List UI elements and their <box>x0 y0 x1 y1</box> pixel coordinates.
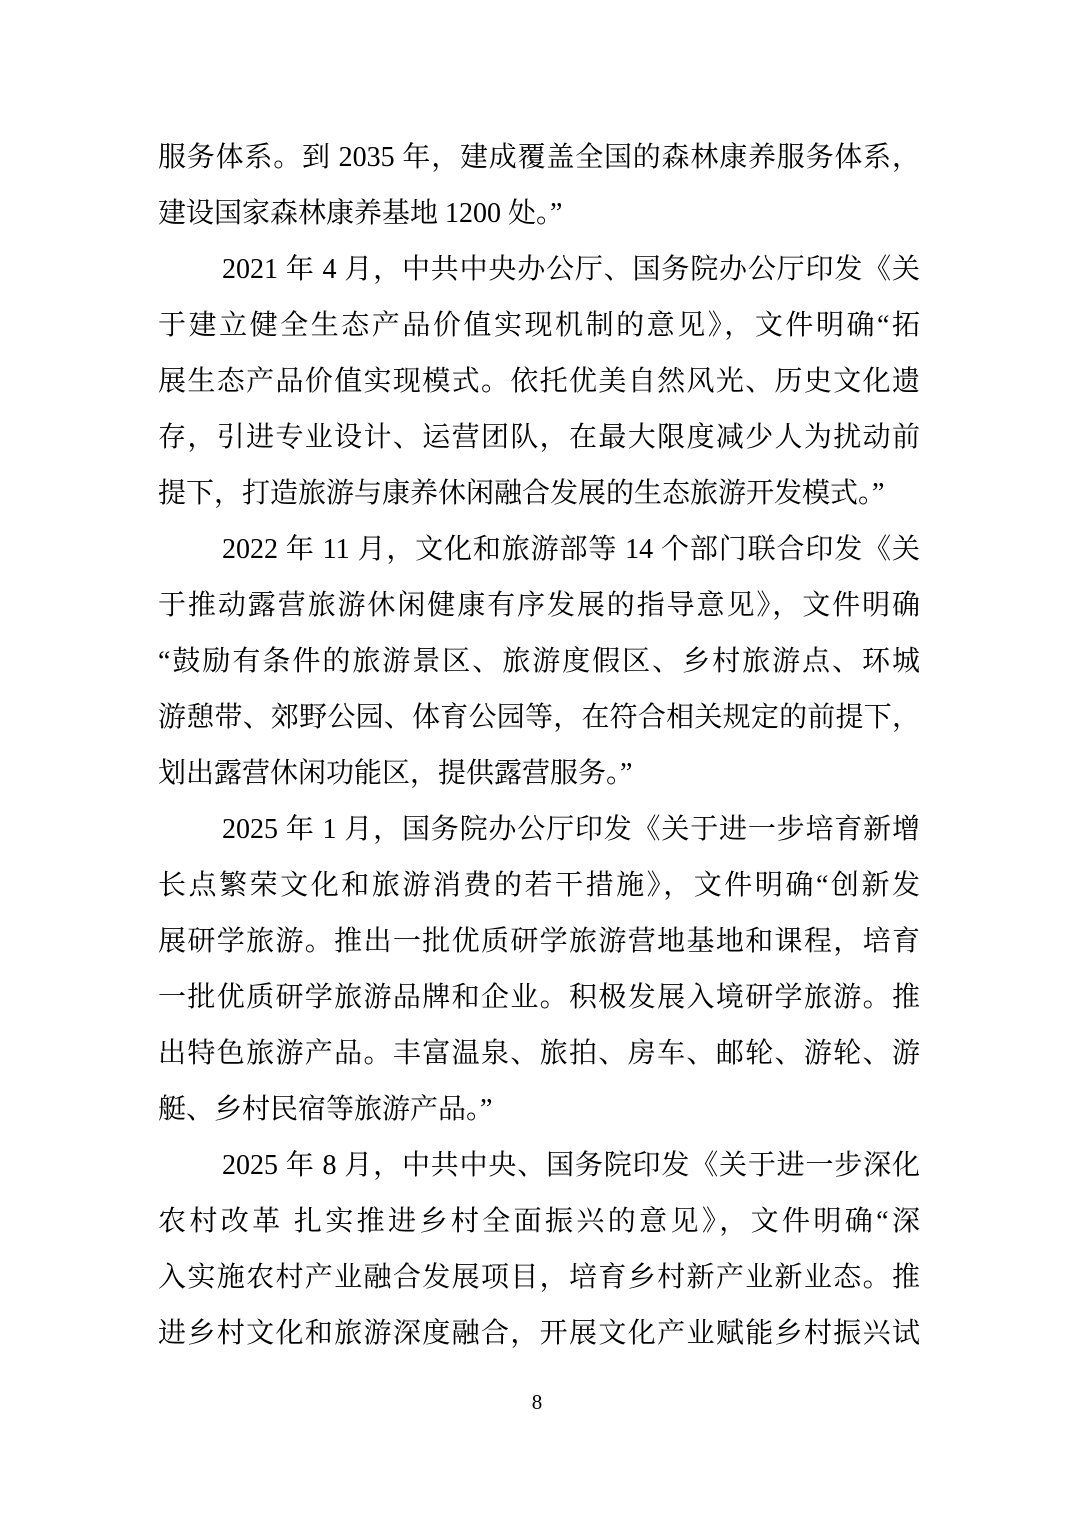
document-line: 2021 年 4 月，中共中央办公厅、国务院办公厅印发《关 <box>158 242 920 298</box>
document-line: 游憩带、郊野公园、体育公园等，在符合相关规定的前提下， <box>158 690 920 746</box>
document-line: 出特色旅游产品。丰富温泉、旅拍、房车、邮轮、游轮、游 <box>158 1026 920 1082</box>
document-line: 进乡村文化和旅游深度融合，开展文化产业赋能乡村振兴试 <box>158 1306 920 1362</box>
document-line: 于推动露营旅游休闲健康有序发展的指导意见》，文件明确 <box>158 578 920 634</box>
document-line: 于建立健全生态产品价值实现机制的意见》，文件明确“拓 <box>158 298 920 354</box>
document-line: 建设国家森林康养基地 1200 处。” <box>158 186 920 242</box>
document-line: 长点繁荣文化和旅游消费的若干措施》，文件明确“创新发 <box>158 858 920 914</box>
document-line: 展研学旅游。推出一批优质研学旅游营地基地和课程，培育 <box>158 914 920 970</box>
document-line: “鼓励有条件的旅游景区、旅游度假区、乡村旅游点、环城 <box>158 634 920 690</box>
document-line: 2025 年 1 月，国务院办公厅印发《关于进一步培育新增 <box>158 802 920 858</box>
document-line: 服务体系。到 2035 年，建成覆盖全国的森林康养服务体系， <box>158 130 920 186</box>
document-line: 2025 年 8 月，中共中央、国务院印发《关于进一步深化 <box>158 1138 920 1194</box>
document-line: 展生态产品价值实现模式。依托优美自然风光、历史文化遗 <box>158 354 920 410</box>
document-line: 一批优质研学旅游品牌和企业。积极发展入境研学旅游。推 <box>158 970 920 1026</box>
document-line: 划出露营休闲功能区，提供露营服务。” <box>158 746 920 802</box>
document-line: 农村改革 扎实推进乡村全面振兴的意见》，文件明确“深 <box>158 1194 920 1250</box>
document-line: 提下，打造旅游与康养休闲融合发展的生态旅游开发模式。” <box>158 466 920 522</box>
document-line: 艇、乡村民宿等旅游产品。” <box>158 1082 920 1138</box>
document-line: 2022 年 11 月，文化和旅游部等 14 个部门联合印发《关 <box>158 522 920 578</box>
document-page: 服务体系。到 2035 年，建成覆盖全国的森林康养服务体系， 建设国家森林康养基… <box>0 0 1074 1520</box>
page-number: 8 <box>0 1388 1074 1416</box>
document-line: 存，引进专业设计、运营团队，在最大限度减少人为扰动前 <box>158 410 920 466</box>
document-line: 入实施农村产业融合发展项目，培育乡村新产业新业态。推 <box>158 1250 920 1306</box>
document-body-text: 服务体系。到 2035 年，建成覆盖全国的森林康养服务体系， 建设国家森林康养基… <box>158 130 920 1362</box>
